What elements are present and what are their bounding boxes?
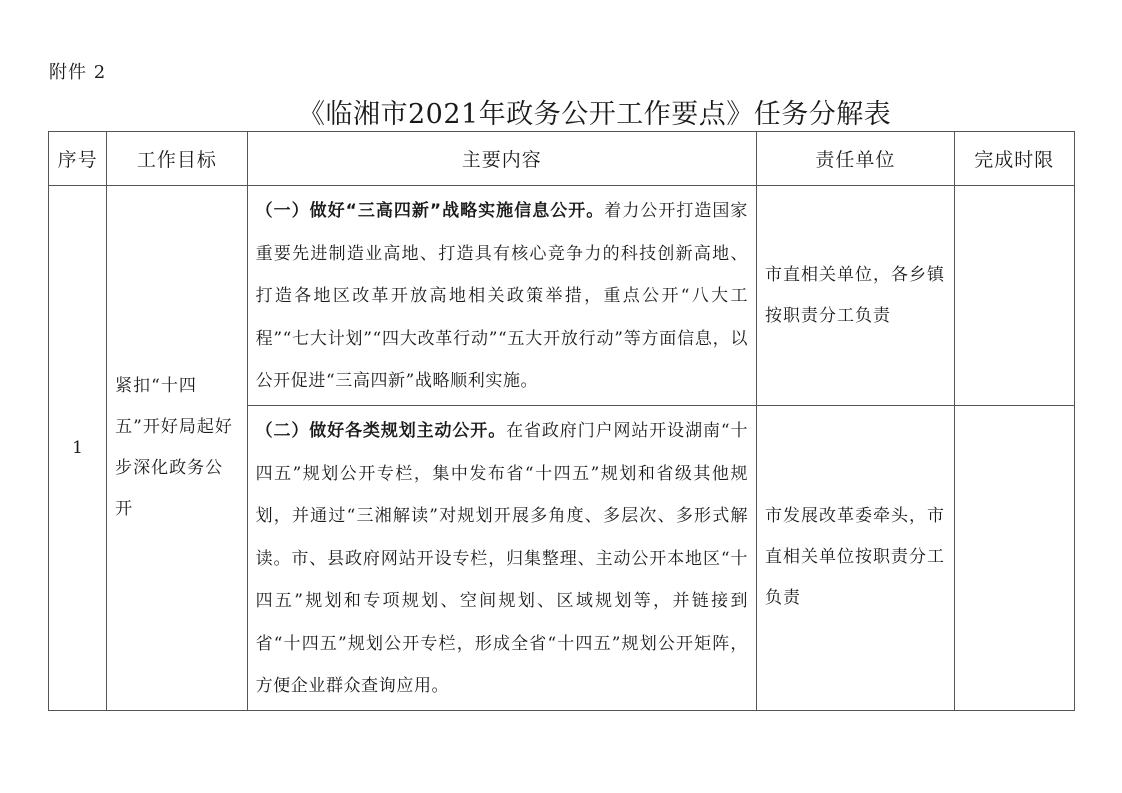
table-header-row: 序号 工作目标 主要内容 责任单位 完成时限 (49, 132, 1075, 186)
deadline-cell (954, 406, 1074, 711)
main-content: （一）做好“三高四新”战略实施信息公开。着力公开打造国家重要先进制造业高地、打造… (247, 186, 756, 406)
main-content: （二）做好各类规划主动公开。在省政府门户网站开设湖南“十四五”规划公开专栏，集中… (247, 406, 756, 711)
header-goal: 工作目标 (107, 132, 247, 186)
table-row: 1 紧扣“十四五”开好局起好步深化政务公开 （一）做好“三高四新”战略实施信息公… (49, 186, 1075, 406)
document-title: 《临湘市2021年政务公开工作要点》任务分解表 (298, 92, 891, 131)
responsible-unit: 市直相关单位，各乡镇按职责分工负责 (757, 186, 955, 406)
work-goal: 紧扣“十四五”开好局起好步深化政务公开 (107, 186, 247, 711)
deadline-cell (954, 186, 1074, 406)
content-body: 着力公开打造国家重要先进制造业高地、打造具有核心竞争力的科技创新高地、打造各地区… (256, 201, 748, 391)
header-content: 主要内容 (247, 132, 756, 186)
content-body: 在省政府门户网站开设湖南“十四五”规划公开专栏，集中发布省“十四五”规划和省级其… (256, 421, 748, 696)
responsible-unit: 市发展改革委牵头，市直相关单位按职责分工负责 (757, 406, 955, 711)
header-unit: 责任单位 (757, 132, 955, 186)
row-number: 1 (49, 186, 107, 711)
content-lead: （一）做好“三高四新”战略实施信息公开。 (256, 201, 605, 221)
attachment-label: 附件 2 (49, 58, 106, 84)
content-lead: （二）做好各类规划主动公开。 (256, 421, 507, 441)
task-breakdown-table: 序号 工作目标 主要内容 责任单位 完成时限 1 紧扣“十四五”开好局起好步深化… (48, 131, 1075, 711)
header-deadline: 完成时限 (954, 132, 1074, 186)
header-no: 序号 (49, 132, 107, 186)
